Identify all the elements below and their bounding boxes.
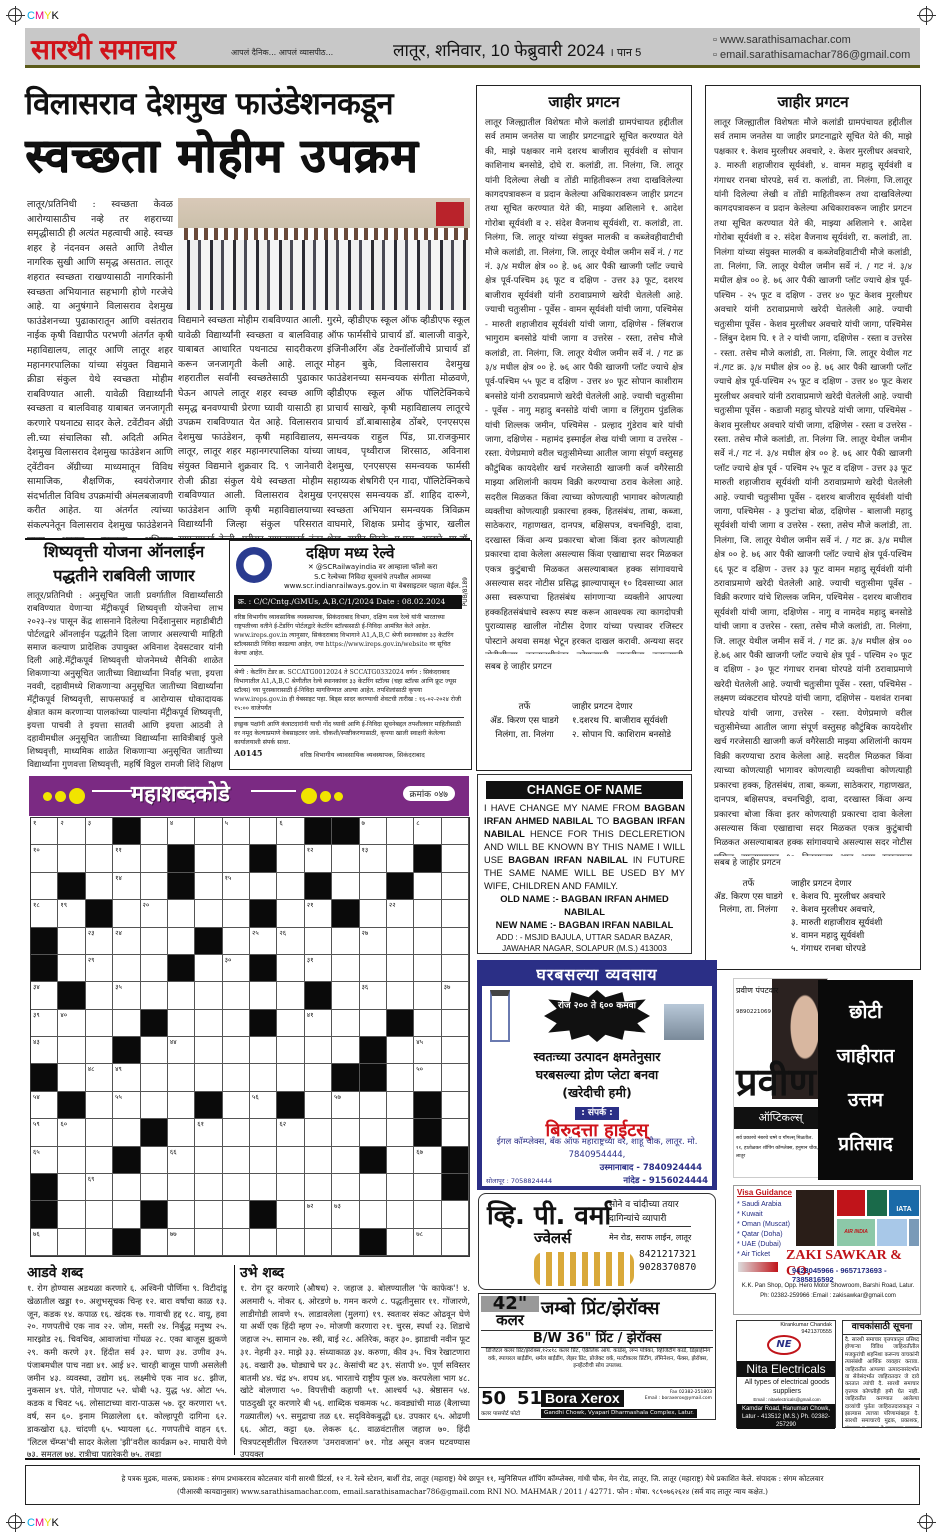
registration-mark-icon [919, 1515, 933, 1529]
crossword-cell[interactable] [332, 845, 359, 872]
bullet-icon: ▫ [713, 34, 720, 46]
crossword-cell[interactable] [168, 928, 195, 955]
clue-number: १८ [33, 900, 40, 909]
clue-number: ५६ [252, 1092, 259, 1101]
crossword-cell[interactable]: ७७ [168, 1229, 195, 1256]
crossword-cell[interactable] [113, 1201, 140, 1228]
crossword-cell[interactable] [414, 955, 441, 982]
clue-number: ३१ [307, 955, 314, 964]
clue-number: ५० [416, 1064, 423, 1073]
visa-contact: Ph: 02382-259966 :Email : zakisawkar@gma… [736, 1292, 920, 1301]
crossword-cell[interactable]: ५९ [31, 1119, 58, 1146]
crossword-cell[interactable] [387, 1119, 414, 1146]
visa-item: Kuwait [742, 1211, 763, 1218]
crossword-cell[interactable] [223, 928, 250, 955]
crossword-cell[interactable] [141, 873, 168, 900]
crossword-cell[interactable] [332, 955, 359, 982]
crossword-cell[interactable]: ४९ [113, 1064, 140, 1091]
crossword-cell[interactable] [113, 1010, 140, 1037]
crossword-cell[interactable] [442, 955, 469, 982]
crossword-cell[interactable]: ५६ [250, 1092, 277, 1119]
crossword-cell[interactable] [58, 1229, 85, 1256]
crossword-grid[interactable]: १२३४५६७८१०१११२१३१४१५१८१९२०२१२२२३२४२५२६२७… [30, 817, 470, 1257]
crossword-cell[interactable]: ७ [360, 818, 387, 845]
crossword-cell[interactable] [195, 1147, 222, 1174]
crossword-cell[interactable] [168, 982, 195, 1009]
giver: २. सोपान पि. काशिराम बनसोडे [572, 728, 691, 742]
clue-number: ६ [279, 818, 282, 827]
crossword-cell[interactable]: ३७ [442, 982, 469, 1009]
crossword-cell[interactable] [414, 982, 441, 1009]
crossword-cell[interactable] [223, 1119, 250, 1146]
crossword-cell[interactable]: ४८ [86, 1064, 113, 1091]
crossword-cell[interactable] [223, 1174, 250, 1201]
crossword-cell[interactable] [86, 1201, 113, 1228]
crossword-cell[interactable] [387, 845, 414, 872]
crossword-cell[interactable] [113, 955, 140, 982]
crossword-cell[interactable] [168, 1064, 195, 1091]
crossword-cell[interactable]: २२ [387, 900, 414, 927]
crossword-cell[interactable]: ६० [58, 1119, 85, 1146]
crossword-cell[interactable]: २५ [250, 928, 277, 955]
crossword-black-cell [250, 900, 277, 927]
crossword-cell[interactable]: २ [58, 818, 85, 845]
crossword-cell[interactable] [141, 845, 168, 872]
crossword-cell[interactable] [414, 1010, 441, 1037]
tagline: दागिन्यांचे व्यापारी [609, 1212, 691, 1227]
crossword-cell[interactable]: ६६ [168, 1147, 195, 1174]
crossword-cell[interactable] [195, 818, 222, 845]
crossword-cell[interactable] [332, 1037, 359, 1064]
crossword-cell[interactable] [195, 1064, 222, 1091]
crossword-black-cell [141, 1119, 168, 1146]
crossword-cell[interactable]: २९ [86, 955, 113, 982]
crossword-cell[interactable]: १ [31, 818, 58, 845]
advocate-name: ॲड. किरण एस घाडगे [706, 891, 791, 904]
crossword-cell[interactable]: १० [31, 845, 58, 872]
crossword-cell[interactable] [442, 873, 469, 900]
nita-email: Email : nitaelectricals@gmail.com [739, 1397, 835, 1402]
crossword-cell[interactable]: २१ [305, 900, 332, 927]
crossword-cell[interactable] [305, 1147, 332, 1174]
crossword-cell[interactable] [141, 982, 168, 1009]
visa-countries: * Saudi Arabia * Kuwait * Oman (Muscat) … [737, 1200, 790, 1260]
clue-number: १२ [307, 845, 314, 854]
crossword-cell[interactable] [168, 900, 195, 927]
crossword-cell[interactable] [58, 955, 85, 982]
crossword-cell[interactable] [414, 928, 441, 955]
crossword-cell[interactable] [86, 1010, 113, 1037]
clue-number: ४५ [416, 1037, 423, 1046]
crossword-cell[interactable] [58, 928, 85, 955]
crossword-cell[interactable] [58, 1201, 85, 1228]
crossword-cell[interactable] [387, 1037, 414, 1064]
promo-line: छोटी [818, 990, 913, 1034]
crossword-cell[interactable] [195, 845, 222, 872]
crossword-cell[interactable] [277, 1064, 304, 1091]
crossword-cell[interactable] [305, 928, 332, 955]
clue-number: १३ [362, 845, 369, 854]
crossword-cell[interactable] [360, 1010, 387, 1037]
crossword-cell[interactable]: १४ [113, 873, 140, 900]
crossword-cell[interactable]: ३० [223, 955, 250, 982]
crossword-cell[interactable]: ५५ [113, 1092, 140, 1119]
clue-number: ५७ [334, 1092, 341, 1101]
clue-number: ६० [60, 1119, 67, 1128]
passport-icon [796, 1190, 834, 1246]
crossword-cell[interactable]: ४४ [168, 1037, 195, 1064]
crossword-cell[interactable]: ४ [168, 818, 195, 845]
crossword-cell[interactable] [195, 955, 222, 982]
crossword-cell[interactable] [387, 982, 414, 1009]
crossword-cell[interactable] [223, 1064, 250, 1091]
crossword-cell[interactable] [360, 1174, 387, 1201]
text: TO [593, 816, 612, 826]
offer-51: 51 [517, 1388, 542, 1409]
crossword-cell[interactable] [250, 1064, 277, 1091]
crossword-cell[interactable] [223, 1201, 250, 1228]
crossword-cell[interactable] [223, 1092, 250, 1119]
crossword-cell[interactable] [141, 1092, 168, 1119]
crossword-black-cell [332, 900, 359, 927]
crossword-cell[interactable] [141, 1174, 168, 1201]
crossword-cell[interactable]: ३५ [113, 982, 140, 1009]
crossword-cell[interactable]: १५ [223, 873, 250, 900]
crossword-cell[interactable]: ४१ [305, 1010, 332, 1037]
crossword-cell[interactable] [250, 1174, 277, 1201]
xerox-title: जम्बो प्रिंट/झेरॉक्स [541, 1296, 659, 1320]
crossword-cell[interactable] [332, 1119, 359, 1146]
crossword-cell[interactable] [168, 1092, 195, 1119]
crossword-cell[interactable]: ६२ [277, 1119, 304, 1146]
crossword-cell[interactable]: २४ [113, 928, 140, 955]
jeweller-ad: व्हि. पी. वर्मा ज्वेलर्स सोने व चांदीच्य… [478, 1193, 716, 1290]
crossword-cell[interactable] [414, 873, 441, 900]
crossword-cell[interactable] [195, 1201, 222, 1228]
crossword-cell[interactable] [277, 982, 304, 1009]
crossword-cell[interactable] [195, 873, 222, 900]
crossword-cell[interactable] [360, 955, 387, 982]
crossword-cell[interactable] [360, 873, 387, 900]
crossword-cell[interactable]: ८ [414, 818, 441, 845]
crossword-cell[interactable]: ६५ [31, 1147, 58, 1174]
crossword-cell[interactable] [332, 1147, 359, 1174]
crossword-cell[interactable] [277, 1174, 304, 1201]
crossword-cell[interactable]: १३ [360, 845, 387, 872]
old-name: OLD NAME :- BAGBAN IRFAN AHMED NABILAL [481, 893, 688, 919]
tender-info-text: S.C रेल्वेच्या निविदा सूचनांचे तपशील आमच… [280, 573, 465, 583]
crossword-cell[interactable] [141, 1229, 168, 1256]
crossword-cell[interactable]: ७६ [31, 1229, 58, 1256]
crossword-cell[interactable] [250, 873, 277, 900]
crossword-cell[interactable] [141, 1037, 168, 1064]
crossword-cell[interactable] [387, 955, 414, 982]
crossword-cell[interactable]: ६ [277, 818, 304, 845]
crossword-cell[interactable] [305, 1229, 332, 1256]
crossword-cell[interactable] [442, 818, 469, 845]
ad-code: A0145 [234, 749, 274, 758]
crossword-cell[interactable] [113, 1119, 140, 1146]
crossword-cell[interactable] [86, 1092, 113, 1119]
jewellery-image-icon [534, 1252, 634, 1286]
crossword-cell[interactable] [250, 818, 277, 845]
scholarship-headline: शिष्यवृत्ती योजना ऑनलाईन पद्धतीने राबविल… [25, 540, 223, 588]
optical-brand: प्रवीण [736, 1059, 816, 1105]
crossword-cell[interactable] [360, 1201, 387, 1228]
website-link[interactable]: www.sarathisamachar.com [720, 34, 851, 46]
crossword-cell[interactable]: ७३ [332, 1201, 359, 1228]
crossword-cell[interactable] [250, 982, 277, 1009]
giver: १. केशव पि. मुरलीधर अवचारे [791, 891, 920, 904]
crossword-black-cell [31, 928, 58, 955]
crossword-cell[interactable]: ६१ [195, 1119, 222, 1146]
crossword-cell[interactable]: ५० [414, 1064, 441, 1091]
crossword-cell[interactable] [277, 1010, 304, 1037]
crossword-cell[interactable]: २३ [86, 928, 113, 955]
notice-body: लातूर जिल्ह्यातील विशेषतः मौजे कलांडी ग्… [706, 116, 920, 856]
crossword-cell[interactable]: ३४ [31, 982, 58, 1009]
address: मेन रोड, सराफ लाईन, लातूर [609, 1231, 691, 1245]
crossword-cell[interactable] [414, 1201, 441, 1228]
clue-number: ३९ [33, 1010, 40, 1019]
crossword-cell[interactable] [223, 900, 250, 927]
offer-label: कलर पासपोर्ट फोटो [481, 1409, 520, 1417]
airplane-icon [738, 1262, 778, 1272]
crossword-cell[interactable]: ३९ [31, 1010, 58, 1037]
crossword-cell[interactable] [277, 845, 304, 872]
crossword-cell[interactable]: २६ [277, 928, 304, 955]
bora-xerox-strip: 50 कलर पासपोर्ट फोटो 51 Bora Xerox Fax 0… [478, 1388, 716, 1420]
crossword-cell[interactable]: ३ [86, 818, 113, 845]
crossword-cell[interactable] [86, 982, 113, 1009]
crossword-cell[interactable] [141, 928, 168, 955]
crossword-cell[interactable] [223, 982, 250, 1009]
crossword-cell[interactable] [223, 1010, 250, 1037]
crossword-black-cell [31, 1174, 58, 1201]
clue-number: ३६ [362, 982, 369, 991]
clue-number: २३ [88, 928, 95, 937]
visa-address: K.K. Pan Shop, Opp. Hero Motor Showroom,… [736, 1282, 920, 1291]
crossword-cell[interactable] [305, 1064, 332, 1091]
crossword-cell[interactable] [332, 982, 359, 1009]
crossword-cell[interactable]: ४० [58, 1010, 85, 1037]
crossword-black-cell [387, 1010, 414, 1037]
clue-number: २५ [252, 928, 259, 937]
crossword-black-cell [31, 955, 58, 982]
crossword-cell[interactable] [305, 1037, 332, 1064]
text: I HAVE CHANGE MY NAME FROM [484, 803, 644, 813]
crossword-cell[interactable]: ४३ [31, 1037, 58, 1064]
crossword-cell[interactable] [168, 1010, 195, 1037]
crossword-cell[interactable] [195, 1037, 222, 1064]
clue-number: ११ [115, 845, 122, 854]
clue-number: ५४ [33, 1092, 40, 1101]
crossword-cell[interactable]: २० [141, 900, 168, 927]
crossword-cell[interactable] [250, 1119, 277, 1146]
crossword-cell[interactable]: ६७ [414, 1147, 441, 1174]
crossword-cell[interactable] [31, 873, 58, 900]
crossword-black-cell [442, 1174, 469, 1201]
address: ईगल कॉम्प्लेक्स, बँक ऑफ महाराष्ट्रच्या व… [482, 1136, 712, 1162]
crossword-cell[interactable] [332, 928, 359, 955]
lead-headline: स्वच्छता मोहीम उपक्रम [25, 124, 470, 186]
clue-number: ५५ [115, 1092, 122, 1101]
crossword-cell[interactable] [86, 1119, 113, 1146]
crossword-black-cell [332, 1064, 359, 1091]
crossword-cell[interactable] [332, 873, 359, 900]
crossword-cell[interactable] [86, 873, 113, 900]
lead-story-col1: लातूर/प्रतिनिधी : स्वच्छता केवळ आरोग्यास… [27, 198, 173, 538]
crossword-cell[interactable] [141, 818, 168, 845]
crossword-cell[interactable] [195, 1174, 222, 1201]
crossword-cell[interactable] [442, 1037, 469, 1064]
crossword-cell[interactable] [250, 1147, 277, 1174]
crossword-cell[interactable] [387, 1092, 414, 1119]
crossword-cell[interactable] [360, 1092, 387, 1119]
giver: ३. मारुती शहाजीराव सूर्यवंशी [791, 917, 920, 930]
divider [234, 1265, 235, 1455]
crossword-cell[interactable] [360, 1119, 387, 1146]
crossword-black-cell [414, 1092, 441, 1119]
crossword-cell[interactable] [141, 1147, 168, 1174]
crossword-cell[interactable] [195, 982, 222, 1009]
crossword-cell[interactable] [141, 1064, 168, 1091]
crossword-cell[interactable]: ५ [223, 818, 250, 845]
crossword-cell[interactable] [305, 1119, 332, 1146]
crossword-cell[interactable] [58, 1064, 85, 1091]
crossword-cell[interactable]: ५४ [31, 1092, 58, 1119]
crossword-cell[interactable] [195, 1229, 222, 1256]
crossword-cell[interactable] [387, 1064, 414, 1091]
crossword-cell[interactable] [387, 1147, 414, 1174]
crossword-cell[interactable] [86, 1147, 113, 1174]
clue-number: ७३ [334, 1201, 341, 1210]
clue-number: ४८ [88, 1064, 95, 1073]
crossword-cell[interactable] [387, 1201, 414, 1228]
phone-osmanabad: उस्मानाबाद - 7840924444 [482, 1162, 712, 1175]
crossword-cell[interactable] [360, 900, 387, 927]
crossword-cell[interactable] [168, 1201, 195, 1228]
contact-label: : संपर्क : [575, 1107, 619, 1120]
crossword-cell[interactable]: ३१ [305, 955, 332, 982]
crossword-cell[interactable] [277, 873, 304, 900]
crossword-cell[interactable] [277, 900, 304, 927]
crossword-cell[interactable] [442, 1010, 469, 1037]
email-link[interactable]: email.sarathisamachar786@gmail.com [720, 49, 910, 61]
crossword-cell[interactable] [223, 1037, 250, 1064]
crossword-cell[interactable] [277, 1037, 304, 1064]
crossword-cell[interactable] [113, 1174, 140, 1201]
crossword-cell[interactable] [58, 845, 85, 872]
nita-electricals-ad: Kirankumar Chandak9421370555 NE Nita Ele… [736, 1320, 836, 1428]
crossword-cell[interactable] [86, 845, 113, 872]
crossword-cell[interactable] [223, 1229, 250, 1256]
visa-item: UAE (Dubai) [742, 1241, 781, 1248]
crossword-black-cell [113, 1037, 140, 1064]
crossword-cell[interactable] [250, 1229, 277, 1256]
by-label: तर्फे [706, 878, 791, 891]
clue-number: ३७ [444, 982, 451, 991]
cmyk-label: CMYK [27, 1517, 59, 1529]
crossword-cell[interactable] [58, 1037, 85, 1064]
crossword-cell[interactable] [332, 1010, 359, 1037]
nita-name: Nita Electricals [737, 1361, 835, 1377]
crossword-cell[interactable] [305, 1174, 332, 1201]
crossword-cell[interactable] [277, 1147, 304, 1174]
crossword-cell[interactable] [195, 900, 222, 927]
crossword-cell[interactable] [58, 1147, 85, 1174]
crossword-cell[interactable] [442, 1092, 469, 1119]
crossword-cell[interactable] [113, 900, 140, 927]
crossword-cell[interactable] [86, 1037, 113, 1064]
crossword-cell[interactable] [195, 1010, 222, 1037]
crossword-cell[interactable] [442, 845, 469, 872]
xerox-address: Gandhi Chowk, Vyapari Dharmashala Comple… [541, 1409, 697, 1418]
crossword-cell[interactable] [332, 1174, 359, 1201]
crossword-cell[interactable] [277, 1201, 304, 1228]
crossword-cell[interactable] [223, 1147, 250, 1174]
notice-closing: सबब हे जाहीर प्रगटन [477, 660, 691, 674]
crossword-cell[interactable] [414, 1174, 441, 1201]
crossword-cell[interactable] [250, 1037, 277, 1064]
crossword-cell[interactable]: २७ [360, 928, 387, 955]
crossword-cell[interactable]: ४५ [414, 1037, 441, 1064]
railway-tender-ad: दक्षिण मध्य रेल्वे ✕ @SCRailwayindia वर … [229, 540, 472, 770]
crossword-cell[interactable] [442, 900, 469, 927]
crossword-cell[interactable] [442, 928, 469, 955]
crossword-cell[interactable] [86, 1229, 113, 1256]
crossword-cell[interactable] [223, 845, 250, 872]
crossword-cell[interactable] [387, 1174, 414, 1201]
crossword-cell[interactable] [442, 1119, 469, 1146]
crossword-cell[interactable]: १९ [58, 900, 85, 927]
crossword-cell[interactable] [387, 1229, 414, 1256]
crossword-cell[interactable] [332, 1229, 359, 1256]
railway-website-link[interactable]: www.scr.indianrailways.gov.in या वेबसाइट… [280, 582, 465, 592]
crossword-cell[interactable] [442, 1229, 469, 1256]
tagline: सोने व चांदीच्या तयार [609, 1198, 691, 1212]
crossword-cell[interactable]: १८ [31, 900, 58, 927]
crossword-cell[interactable] [141, 955, 168, 982]
crossword-cell[interactable] [414, 900, 441, 927]
crossword-cell[interactable]: ६९ [86, 1174, 113, 1201]
crossword-cell[interactable]: ११ [113, 845, 140, 872]
crossword-cell[interactable]: ५७ [332, 1092, 359, 1119]
owner-name: Kirankumar Chandak [780, 1322, 832, 1329]
crossword-cell[interactable]: ७८ [414, 1229, 441, 1256]
crossword-issue-number: क्रमांक ०४७ [403, 786, 455, 801]
crossword-cell[interactable] [168, 1119, 195, 1146]
down-heading: उभे शब्द [240, 1263, 470, 1282]
crossword-cell[interactable]: १२ [305, 845, 332, 872]
crossword-cell[interactable] [277, 955, 304, 982]
crossword-cell[interactable] [442, 1064, 469, 1091]
crossword-cell[interactable] [168, 1174, 195, 1201]
dateline: लातूर, शनिवार, 10 फेब्रुवारी 2024 । पान … [393, 38, 641, 61]
registration-mark-icon [8, 1515, 22, 1529]
crossword-cell[interactable] [277, 1229, 304, 1256]
crossword-cell[interactable] [442, 1201, 469, 1228]
crossword-cell[interactable] [305, 1092, 332, 1119]
crossword-cell[interactable] [387, 818, 414, 845]
crossword-cell[interactable] [387, 928, 414, 955]
crossword-cell[interactable]: ७२ [305, 1201, 332, 1228]
optical-phone: 9890221069 [736, 1009, 771, 1015]
crossword-cell[interactable] [58, 1174, 85, 1201]
crossword-cell[interactable]: ३६ [360, 982, 387, 1009]
tagline: आपलं दैनिक... आपलं व्यासपीठ... [231, 47, 333, 58]
crossword-black-cell [141, 1010, 168, 1037]
